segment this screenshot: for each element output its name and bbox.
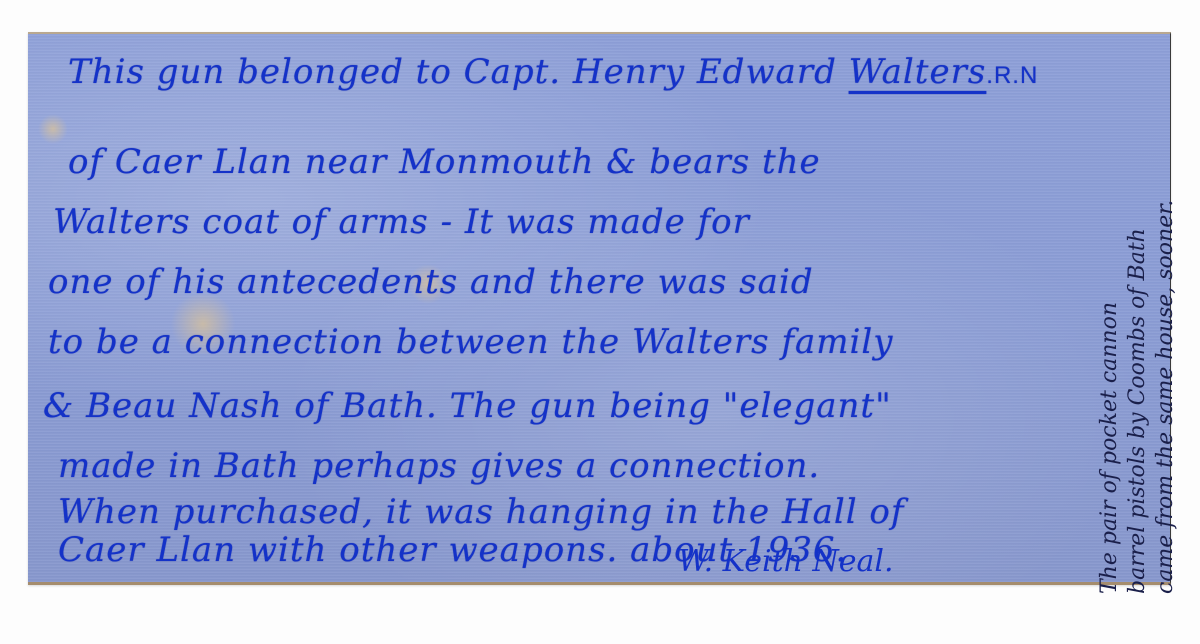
note-line-5: to be a connection between the Walters f… [48,322,893,362]
margin-note-line: barrel pistols by Coombs of Bath [1124,200,1152,594]
margin-note-line: came from the same house, sooner. [1152,200,1180,594]
margin-note-line: The pair of pocket cannon [1096,200,1124,594]
handwritten-note-paper: This gun belonged to Capt. Henry Edward … [28,32,1171,585]
note-line-2: of Caer Llan near Monmouth & bears the [68,142,821,182]
note-line-8: When purchased, it was hanging in the Ha… [58,492,905,532]
note-line-1: This gun belonged to Capt. Henry Edward … [68,52,1038,92]
note-line-4: one of his antecedents and there was sai… [48,262,814,302]
vertical-margin-note: The pair of pocket cannon barrel pistols… [1096,200,1180,594]
note-line-6: & Beau Nash of Bath. The gun being "eleg… [43,386,892,426]
paper-stain [38,114,68,144]
rank-suffix: .R.N [986,62,1038,89]
underlined-name: Walters [849,52,987,92]
scan-background: This gun belonged to Capt. Henry Edward … [0,0,1200,644]
note-line-7: made in Bath perhaps gives a connection. [58,446,820,486]
signature: W. Keith Neal. [678,544,894,579]
note-line-3: Walters coat of arms - It was made for [53,202,750,242]
note-text: This gun belonged to Capt. Henry Edward [68,52,837,92]
